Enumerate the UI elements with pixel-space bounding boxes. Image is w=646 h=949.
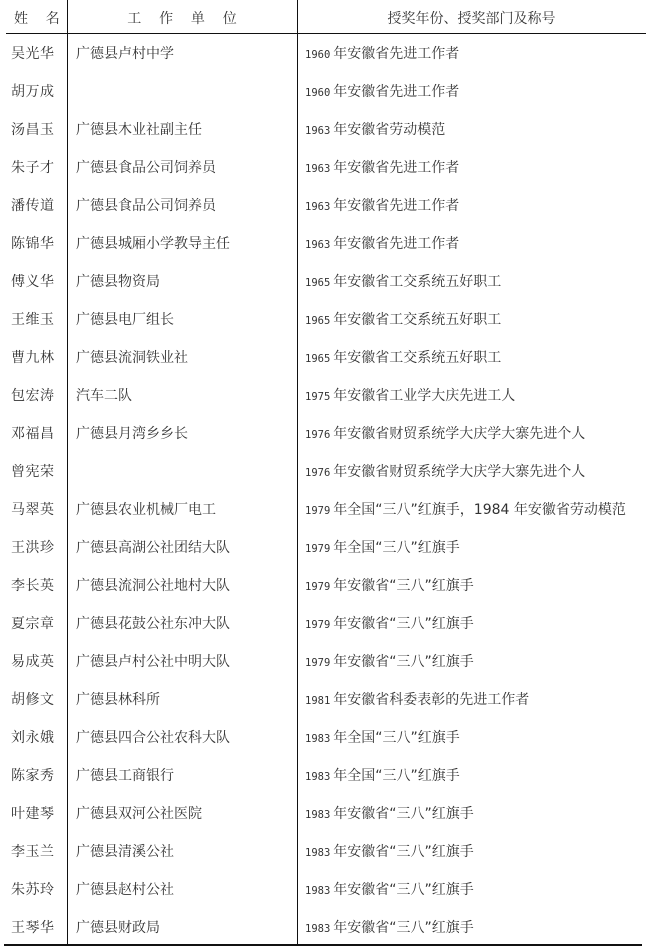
- header-divider: [6, 33, 646, 34]
- person-name: 吴光华: [11, 44, 63, 64]
- award-info: 1963年安徽省先进工作者: [305, 196, 459, 216]
- person-name: 曾宪荣: [11, 462, 63, 482]
- work-unit: 广德县卢村中学: [76, 44, 174, 64]
- table-row: 叶建琴广德县双河公社医院1983年安徽省“三八”红旗手: [0, 804, 646, 842]
- award-info: 1965年安徽省工交系统五好职工: [305, 272, 501, 292]
- award-info: 1983年安徽省“三八”红旗手: [305, 880, 474, 900]
- person-name: 朱苏玲: [11, 880, 63, 900]
- award-title: 年安徽省“三八”红旗手: [333, 806, 474, 822]
- work-unit: 广德县双河公社医院: [76, 804, 202, 824]
- table-row: 李玉兰广德县清溪公社1983年安徽省“三八”红旗手: [0, 842, 646, 880]
- person-name: 包宏涛: [11, 386, 63, 406]
- table-row: 王洪珍广德县高湖公社团结大队1979年全国“三八”红旗手: [0, 538, 646, 576]
- award-title: 年安徽省工交系统五好职工: [333, 350, 501, 366]
- award-info: 1979年安徽省“三八”红旗手: [305, 652, 474, 672]
- award-title: 年安徽省“三八”红旗手: [333, 654, 474, 670]
- table-row: 马翠英广德县农业机械厂电工1979年全国“三八”红旗手，1984 年安徽省劳动模…: [0, 500, 646, 538]
- award-year: 1960: [305, 49, 330, 61]
- work-unit: 广德县农业机械厂电工: [76, 500, 216, 520]
- award-info: 1965年安徽省工交系统五好职工: [305, 348, 501, 368]
- work-unit: 广德县流洞公社地村大队: [76, 576, 230, 596]
- award-title: 年安徽省“三八”红旗手: [333, 578, 474, 594]
- work-unit: 广德县月湾乡乡长: [76, 424, 188, 444]
- person-name: 李长英: [11, 576, 63, 596]
- work-unit: 广德县食品公司饲养员: [76, 196, 216, 216]
- award-title: 年安徽省工业学大庆先进工人: [333, 388, 515, 404]
- person-name: 王琴华: [11, 918, 63, 938]
- award-year: 1965: [305, 353, 330, 365]
- work-unit: 汽车二队: [76, 386, 132, 406]
- table-row: 曹九林广德县流洞铁业社1965年安徽省工交系统五好职工: [0, 348, 646, 386]
- award-info: 1960年安徽省先进工作者: [305, 82, 459, 102]
- work-unit: 广德县财政局: [76, 918, 160, 938]
- award-year: 1983: [305, 885, 330, 897]
- work-unit: 广德县城厢小学教导主任: [76, 234, 230, 254]
- award-title: 年安徽省“三八”红旗手: [333, 920, 474, 936]
- award-title: 年全国“三八”红旗手: [333, 540, 460, 556]
- person-name: 邓福昌: [11, 424, 63, 444]
- award-title: 年安徽省财贸系统学大庆学大寨先进个人: [333, 464, 585, 480]
- person-name: 刘永娥: [11, 728, 63, 748]
- person-name: 夏宗章: [11, 614, 63, 634]
- award-info: 1983年全国“三八”红旗手: [305, 728, 460, 748]
- table-row: 王维玉广德县电厂组长1965年安徽省工交系统五好职工: [0, 310, 646, 348]
- person-name: 汤昌玉: [11, 120, 63, 140]
- person-name: 叶建琴: [11, 804, 63, 824]
- work-unit: 广德县工商银行: [76, 766, 174, 786]
- award-title: 年安徽省先进工作者: [333, 46, 459, 62]
- award-info: 1983年安徽省“三八”红旗手: [305, 842, 474, 862]
- award-year: 1983: [305, 847, 330, 859]
- work-unit: 广德县物资局: [76, 272, 160, 292]
- table-row: 胡修文广德县林科所1981年安徽省科委表彰的先进工作者: [0, 690, 646, 728]
- person-name: 陈家秀: [11, 766, 63, 786]
- person-name: 胡万成: [11, 82, 63, 102]
- award-year: 1979: [305, 505, 330, 517]
- award-info: 1979年全国“三八”红旗手，1984 年安徽省劳动模范: [305, 500, 626, 520]
- table-row: 包宏涛汽车二队1975年安徽省工业学大庆先进工人: [0, 386, 646, 424]
- person-name: 李玉兰: [11, 842, 63, 862]
- award-title: 年安徽省财贸系统学大庆学大寨先进个人: [333, 426, 585, 442]
- person-name: 潘传道: [11, 196, 63, 216]
- person-name: 王维玉: [11, 310, 63, 330]
- person-name: 王洪珍: [11, 538, 63, 558]
- award-year: 1960: [305, 87, 330, 99]
- award-title: 年安徽省劳动模范: [333, 122, 445, 138]
- award-info: 1963年安徽省先进工作者: [305, 158, 459, 178]
- column-header-name: 姓 名: [14, 8, 64, 28]
- table-body: 吴光华广德县卢村中学1960年安徽省先进工作者胡万成1960年安徽省先进工作者汤…: [0, 44, 646, 949]
- work-unit: 广德县四合公社农科大队: [76, 728, 230, 748]
- table-row: 刘永娥广德县四合公社农科大队1983年全国“三八”红旗手: [0, 728, 646, 766]
- award-info: 1960年安徽省先进工作者: [305, 44, 459, 64]
- table-row: 朱子才广德县食品公司饲养员1963年安徽省先进工作者: [0, 158, 646, 196]
- table-row: 易成英广德县卢村公社中明大队1979年安徽省“三八”红旗手: [0, 652, 646, 690]
- table-row: 吴光华广德县卢村中学1960年安徽省先进工作者: [0, 44, 646, 82]
- award-title: 年全国“三八”红旗手: [333, 768, 460, 784]
- award-year: 1963: [305, 163, 330, 175]
- award-info: 1983年安徽省“三八”红旗手: [305, 804, 474, 824]
- work-unit: 广德县花鼓公社东冲大队: [76, 614, 230, 634]
- award-title: 年安徽省先进工作者: [333, 84, 459, 100]
- work-unit: 广德县电厂组长: [76, 310, 174, 330]
- award-year: 1963: [305, 201, 330, 213]
- award-year: 1963: [305, 125, 330, 137]
- award-title: 年安徽省工交系统五好职工: [333, 274, 501, 290]
- work-unit: 广德县流洞铁业社: [76, 348, 188, 368]
- award-year: 1976: [305, 429, 330, 441]
- work-unit: 广德县高湖公社团结大队: [76, 538, 230, 558]
- table-row: 朱苏玲广德县赵村公社1983年安徽省“三八”红旗手: [0, 880, 646, 918]
- award-year: 1979: [305, 619, 330, 631]
- table-row: 王琴华广德县财政局1983年安徽省“三八”红旗手: [0, 918, 646, 949]
- column-header-award: 授奖年份、授奖部门及称号: [297, 8, 646, 28]
- table-row: 陈锦华广德县城厢小学教导主任1963年安徽省先进工作者: [0, 234, 646, 272]
- person-name: 傅义华: [11, 272, 63, 292]
- work-unit: 广德县清溪公社: [76, 842, 174, 862]
- person-name: 朱子才: [11, 158, 63, 178]
- award-year: 1983: [305, 809, 330, 821]
- awards-table: 姓 名 工 作 单 位 授奖年份、授奖部门及称号 吴光华广德县卢村中学1960年…: [0, 0, 646, 949]
- table-row: 汤昌玉广德县木业社副主任1963年安徽省劳动模范: [0, 120, 646, 158]
- table-row: 夏宗章广德县花鼓公社东冲大队1979年安徽省“三八”红旗手: [0, 614, 646, 652]
- award-title: 年安徽省先进工作者: [333, 236, 459, 252]
- table-row: 潘传道广德县食品公司饲养员1963年安徽省先进工作者: [0, 196, 646, 234]
- table-row: 傅义华广德县物资局1965年安徽省工交系统五好职工: [0, 272, 646, 310]
- award-year: 1979: [305, 581, 330, 593]
- award-year: 1981: [305, 695, 330, 707]
- table-row: 李长英广德县流洞公社地村大队1979年安徽省“三八”红旗手: [0, 576, 646, 614]
- award-title: 年安徽省工交系统五好职工: [333, 312, 501, 328]
- award-title: 年全国“三八”红旗手: [333, 730, 460, 746]
- award-info: 1975年安徽省工业学大庆先进工人: [305, 386, 515, 406]
- award-info: 1983年全国“三八”红旗手: [305, 766, 460, 786]
- award-year: 1963: [305, 239, 330, 251]
- award-title: 年安徽省“三八”红旗手: [333, 616, 474, 632]
- award-info: 1963年安徽省劳动模范: [305, 120, 445, 140]
- person-name: 曹九林: [11, 348, 63, 368]
- work-unit: 广德县食品公司饲养员: [76, 158, 216, 178]
- award-info: 1976年安徽省财贸系统学大庆学大寨先进个人: [305, 462, 585, 482]
- award-year: 1979: [305, 543, 330, 555]
- award-info: 1979年安徽省“三八”红旗手: [305, 614, 474, 634]
- person-name: 易成英: [11, 652, 63, 672]
- award-title: 年安徽省“三八”红旗手: [333, 882, 474, 898]
- award-title: 年安徽省先进工作者: [333, 198, 459, 214]
- award-year: 1976: [305, 467, 330, 479]
- award-year: 1965: [305, 277, 330, 289]
- person-name: 胡修文: [11, 690, 63, 710]
- work-unit: 广德县林科所: [76, 690, 160, 710]
- award-info: 1979年全国“三八”红旗手: [305, 538, 460, 558]
- column-header-unit: 工 作 单 位: [67, 8, 297, 28]
- award-info: 1981年安徽省科委表彰的先进工作者: [305, 690, 529, 710]
- table-row: 邓福昌广德县月湾乡乡长1976年安徽省财贸系统学大庆学大寨先进个人: [0, 424, 646, 462]
- award-title: 年安徽省科委表彰的先进工作者: [333, 692, 529, 708]
- award-title: 年安徽省“三八”红旗手: [333, 844, 474, 860]
- award-info: 1965年安徽省工交系统五好职工: [305, 310, 501, 330]
- award-year: 1965: [305, 315, 330, 327]
- work-unit: 广德县赵村公社: [76, 880, 174, 900]
- award-title: 年安徽省先进工作者: [333, 160, 459, 176]
- table-row: 曾宪荣1976年安徽省财贸系统学大庆学大寨先进个人: [0, 462, 646, 500]
- award-title: 年全国“三八”红旗手，1984 年安徽省劳动模范: [333, 502, 626, 518]
- work-unit: 广德县木业社副主任: [76, 120, 202, 140]
- person-name: 马翠英: [11, 500, 63, 520]
- award-info: 1979年安徽省“三八”红旗手: [305, 576, 474, 596]
- award-info: 1976年安徽省财贸系统学大庆学大寨先进个人: [305, 424, 585, 444]
- award-year: 1983: [305, 733, 330, 745]
- table-row: 胡万成1960年安徽省先进工作者: [0, 82, 646, 120]
- award-year: 1983: [305, 923, 330, 935]
- table-row: 陈家秀广德县工商银行1983年全国“三八”红旗手: [0, 766, 646, 804]
- work-unit: 广德县卢村公社中明大队: [76, 652, 230, 672]
- award-year: 1975: [305, 391, 330, 403]
- award-year: 1979: [305, 657, 330, 669]
- award-info: 1983年安徽省“三八”红旗手: [305, 918, 474, 938]
- award-year: 1983: [305, 771, 330, 783]
- award-info: 1963年安徽省先进工作者: [305, 234, 459, 254]
- person-name: 陈锦华: [11, 234, 63, 254]
